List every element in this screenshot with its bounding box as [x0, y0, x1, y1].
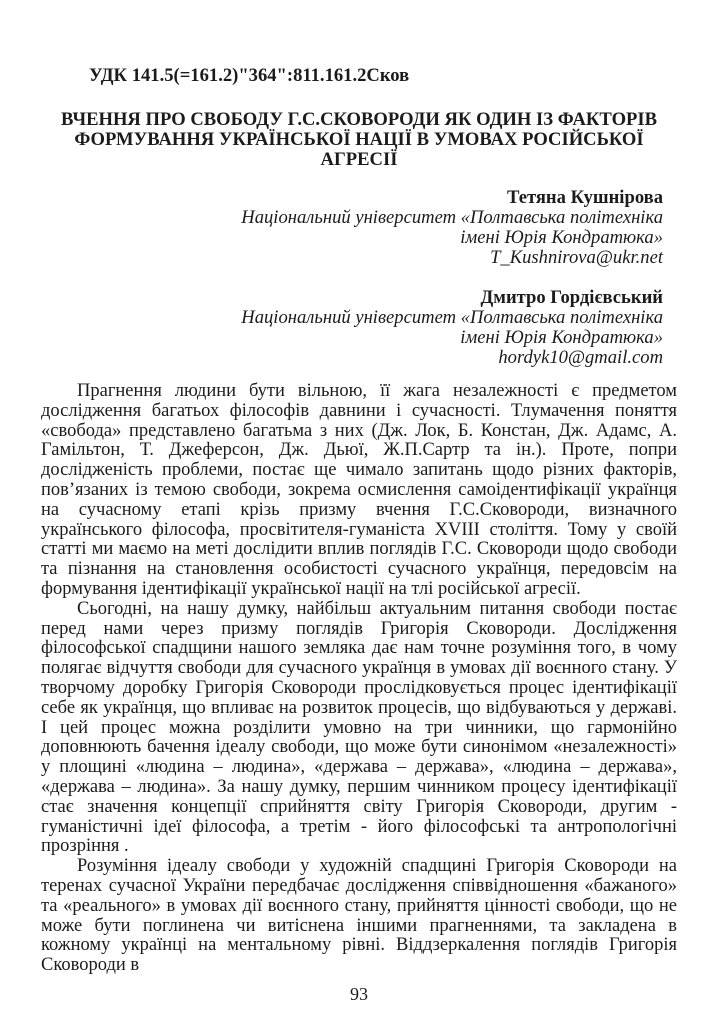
paragraph-2: Сьогодні, на нашу думку, найбільш актуал…: [41, 600, 677, 857]
author-block-1: Тетяна Кушнірова Національний університе…: [41, 188, 677, 268]
author-1-email: T_Kushnirova@ukr.net: [41, 248, 663, 268]
article-body: Прагнення людини бути вільною, її жага н…: [41, 382, 677, 976]
paragraph-3: Розуміння ідеалу свободи у художній спад…: [41, 857, 677, 976]
author-name-1: Тетяна Кушнірова: [41, 188, 663, 208]
author-1-affiliation-line-2: імені Юрія Кондратюка»: [41, 228, 663, 248]
page-number: 93: [41, 984, 677, 1004]
article-title: ВЧЕННЯ ПРО СВОБОДУ Г.С.СКОВОРОДИ ЯК ОДИН…: [41, 110, 677, 170]
paragraph-1: Прагнення людини бути вільною, її жага н…: [41, 382, 677, 600]
udc-code: УДК 141.5(=161.2)"364":811.161.2Сков: [41, 66, 677, 86]
author-1-affiliation-line-1: Національний університет «Полтавська пол…: [41, 208, 663, 228]
author-block-2: Дмитро Гордієвський Національний універс…: [41, 288, 677, 368]
author-name-2: Дмитро Гордієвський: [41, 288, 663, 308]
author-2-affiliation-line-1: Національний університет «Полтавська пол…: [41, 308, 663, 328]
paper-page: УДК 141.5(=161.2)"364":811.161.2Сков ВЧЕ…: [0, 0, 724, 1024]
author-2-email: hordyk10@gmail.com: [41, 348, 663, 368]
author-2-affiliation-line-2: імені Юрія Кондратюка»: [41, 328, 663, 348]
